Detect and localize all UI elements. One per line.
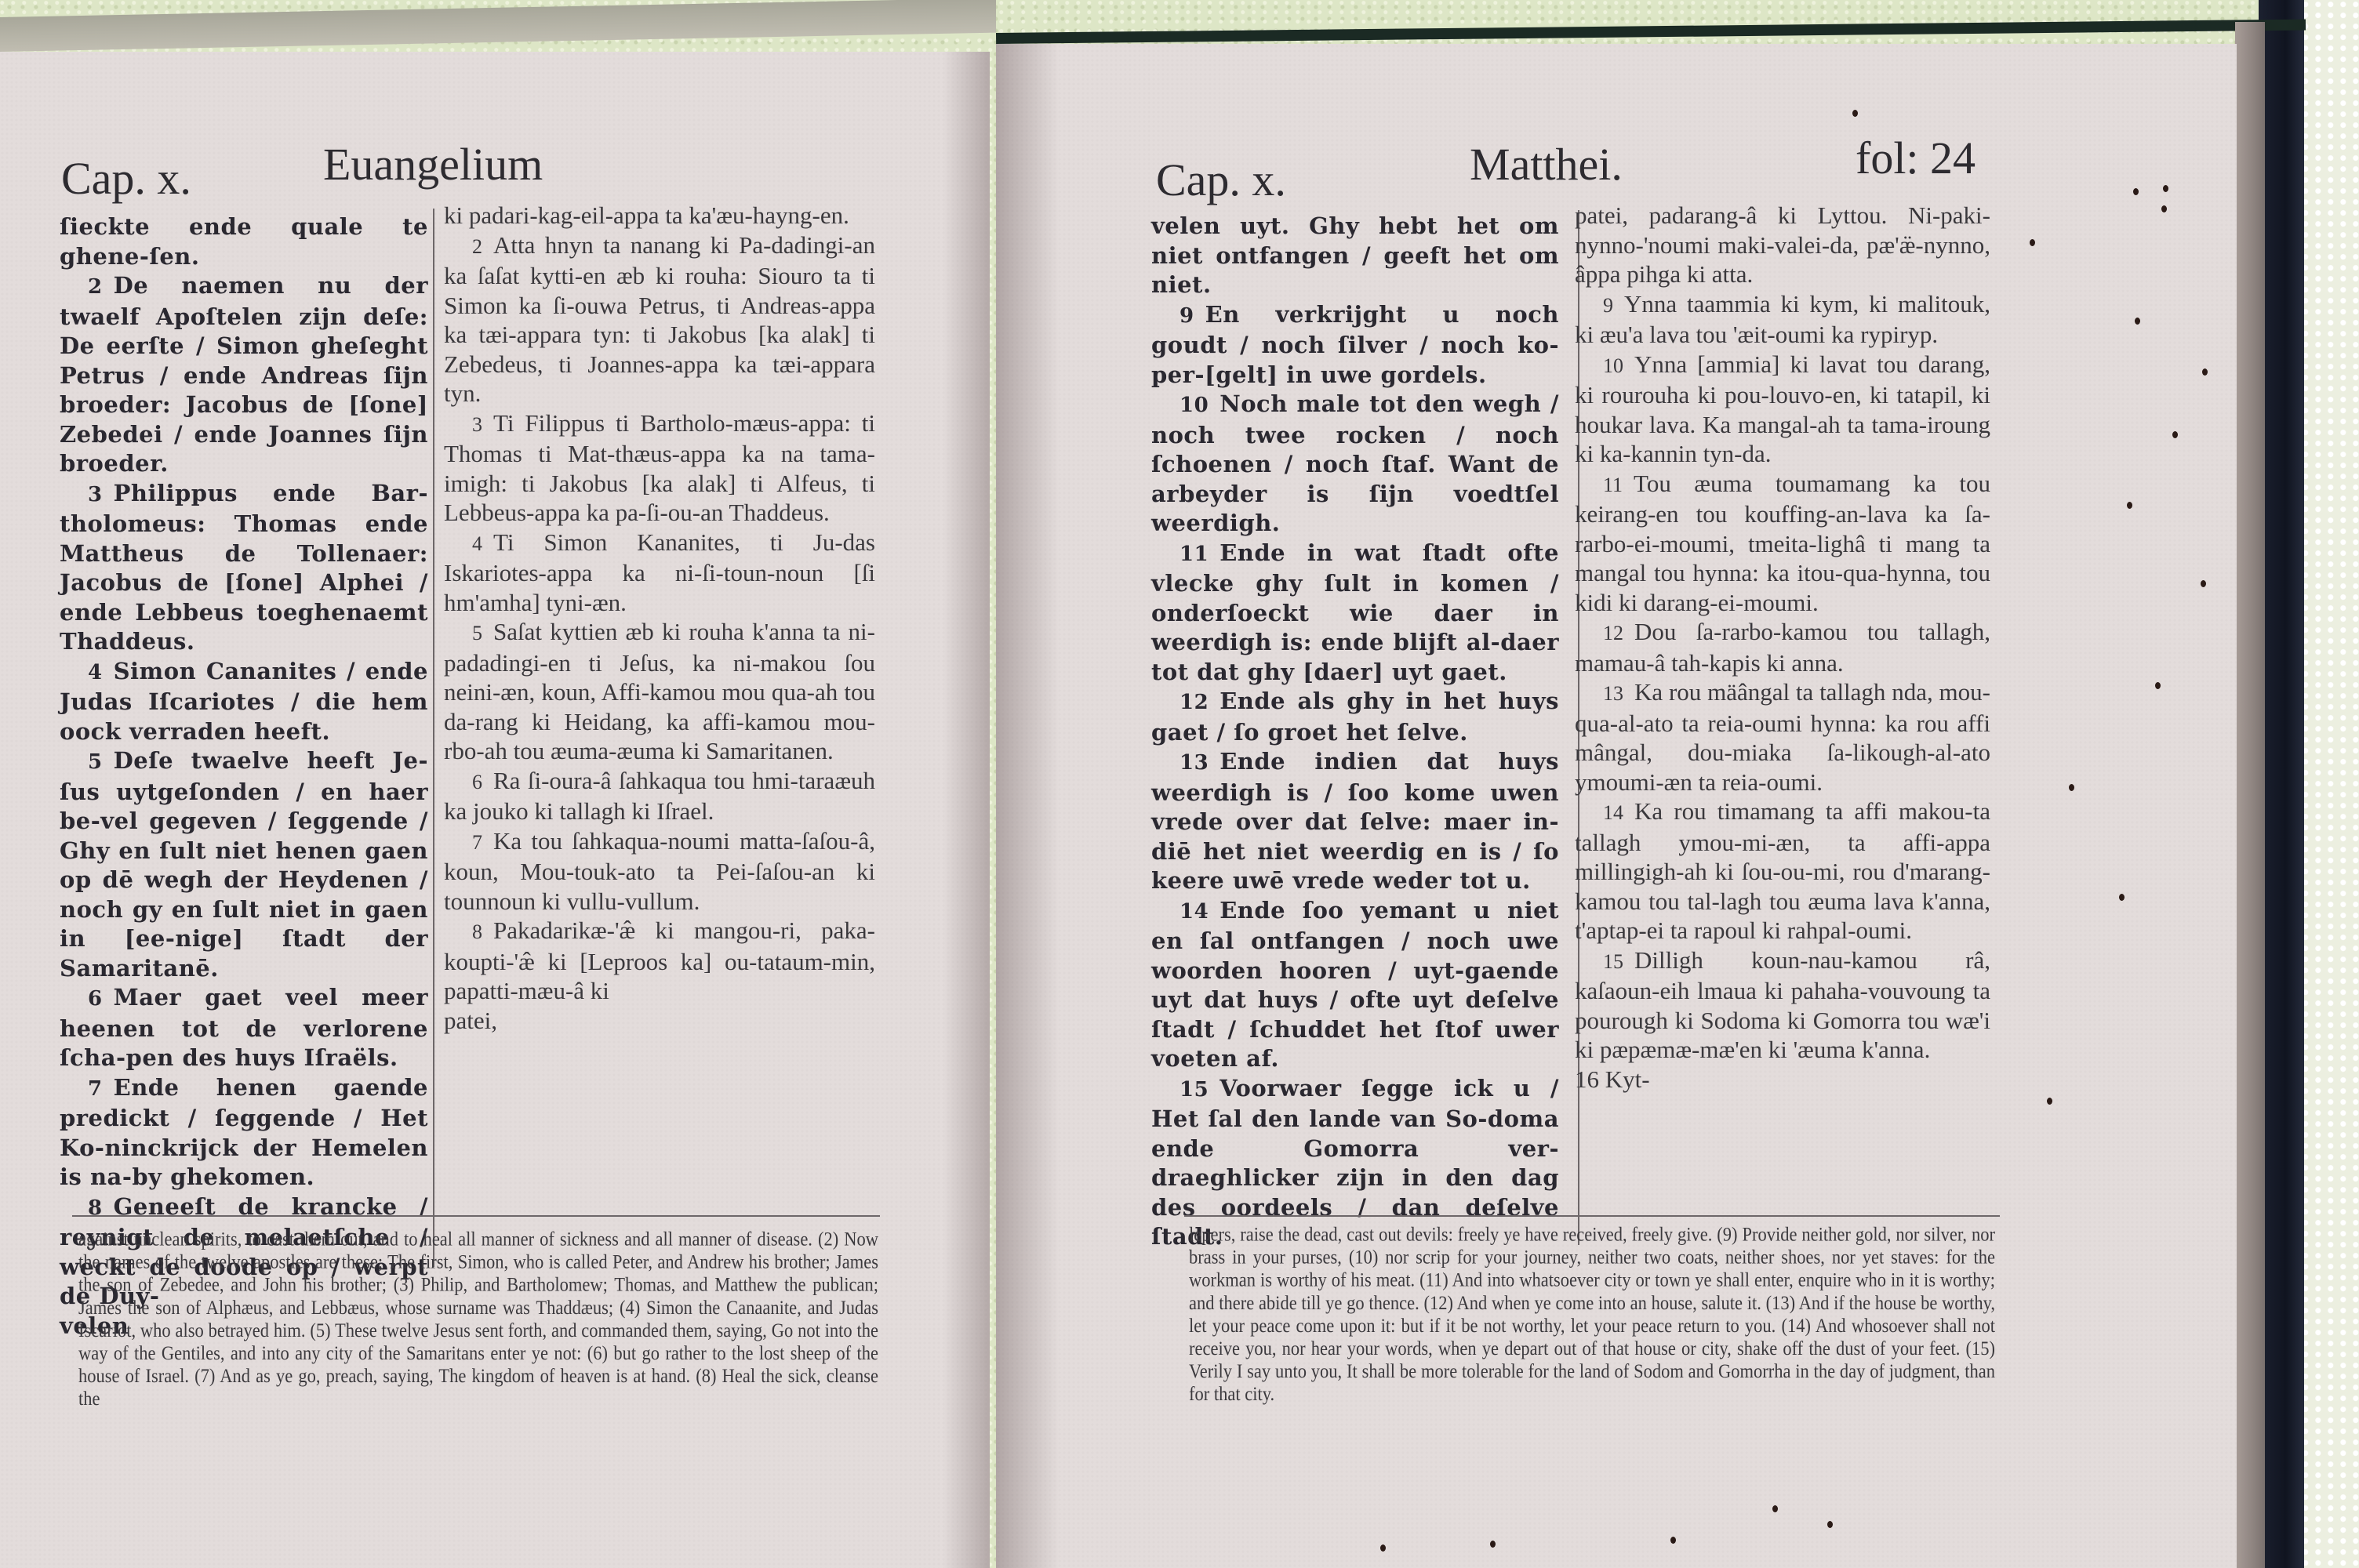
verse-paragraph: 4Ti Simon Kananites, ti Ju-das Iskariote… bbox=[444, 528, 875, 618]
verse-text: Ende ſoo yemant u niet en ſal ontfangen … bbox=[1151, 897, 1559, 1073]
verse-paragraph: 6Ra ſi-oura-â ſahkaqua tou hmi-taraæuh k… bbox=[444, 766, 875, 826]
verse-number: 14 bbox=[1179, 900, 1209, 924]
verse-text: De naemen nu der twaelf Apoſtelen zijn d… bbox=[60, 272, 428, 477]
page-block-edge bbox=[2235, 22, 2265, 1568]
verse-number: 3 bbox=[472, 413, 482, 436]
verse-paragraph: 5Deſe twaelve heeft Je-ſus uytgeſonden /… bbox=[60, 746, 428, 983]
verse-paragraph: 5Saſat kyttien æb ki rouha k'anna ta ni-… bbox=[444, 617, 875, 766]
verse-number: 14 bbox=[1603, 801, 1623, 824]
verse-text: ſieckte ende quale te ghene-ſen. bbox=[60, 213, 428, 270]
verse-paragraph: 2Atta hnyn ta nanang ki Pa-dadingi-an ka… bbox=[444, 230, 875, 408]
footnote-rule bbox=[1184, 1215, 2000, 1217]
verse-paragraph: 4Simon Cananites / ende Judas Iſcariotes… bbox=[60, 657, 428, 747]
verse-text: Noch male tot den wegh / noch twee rocke… bbox=[1151, 390, 1559, 536]
gutter-shadow bbox=[943, 52, 990, 1568]
verse-number: 13 bbox=[1179, 751, 1209, 775]
verse-paragraph: 3Ti Filippus ti Bartholo-mæus-appa: ti T… bbox=[444, 408, 875, 528]
left-formosan-column: ki padari-kag-eil-appa ta ka'æu-hayng-en… bbox=[444, 201, 875, 1035]
right-dutch-column: velen uyt. Ghy hebt het om niet ontfange… bbox=[1151, 212, 1559, 1252]
verse-text: ki padari-kag-eil-appa ta ka'æu-hayng-en… bbox=[444, 201, 849, 229]
left-running-title: Euangelium bbox=[323, 138, 543, 191]
verse-number: 11 bbox=[1179, 543, 1209, 566]
right-running-title: Matthei. bbox=[1470, 138, 1623, 191]
verse-number: 9 bbox=[1603, 294, 1613, 317]
verse-number: 5 bbox=[472, 622, 482, 644]
verse-number: 3 bbox=[88, 483, 103, 506]
verse-text: Philippus ende Bar-tholomeus: Thomas end… bbox=[60, 480, 428, 655]
verse-number: 11 bbox=[1603, 474, 1623, 496]
right-chapter-heading: Cap. x. bbox=[1156, 154, 1286, 206]
verse-number: 2 bbox=[472, 235, 482, 258]
verse-number: 6 bbox=[472, 771, 482, 793]
verse-number: 12 bbox=[1179, 691, 1209, 714]
verse-paragraph: 14Ka rou timamang ta affi makou-ta talla… bbox=[1575, 797, 1990, 946]
verse-paragraph: 9Ynna taammia ki kym, ki malitouk, ki æu… bbox=[1575, 289, 1990, 350]
verse-text: Dou ſa-rarbo-kamou tou tallagh, mamau-â … bbox=[1575, 618, 1990, 677]
verse-text: Simon Cananites / ende Judas Iſcariotes … bbox=[60, 658, 428, 745]
verse-text: Ende als ghy in het huys gaet / ſo groet… bbox=[1151, 688, 1559, 746]
book-cover bbox=[2259, 0, 2304, 1568]
verse-paragraph: 12Dou ſa-rarbo-kamou tou tallagh, mamau-… bbox=[1575, 617, 1990, 677]
verse-number: 6 bbox=[88, 987, 103, 1011]
left-english-footnote: against unclean spirits, to cast them ou… bbox=[78, 1228, 878, 1410]
verse-text: Deſe twaelve heeft Je-ſus uytgeſonden / … bbox=[60, 747, 428, 982]
verse-text: Atta hnyn ta nanang ki Pa-dadingi-an ka … bbox=[444, 231, 875, 408]
verse-paragraph: patei, padarang-â ki Lyttou. Ni-paki-nyn… bbox=[1575, 201, 1990, 289]
verse-text: Ynna taammia ki kym, ki malitouk, ki æu'… bbox=[1575, 290, 1990, 349]
right-formosan-column: patei, padarang-â ki Lyttou. Ni-paki-nyn… bbox=[1575, 201, 1990, 1094]
verse-text: Ende henen gaende predickt / ſeggende / … bbox=[60, 1074, 428, 1191]
verse-paragraph: patei, bbox=[444, 1006, 875, 1036]
footnote-rule bbox=[72, 1215, 880, 1217]
verse-paragraph: 9En verkrijght u noch goudt / noch ſilve… bbox=[1151, 300, 1559, 390]
verse-text: Dilligh koun-nau-kamou râ, kaſaoun-eih l… bbox=[1575, 946, 1990, 1064]
verse-text: Maer gaet veel meer heenen tot de verlor… bbox=[60, 984, 428, 1071]
verse-number: 4 bbox=[88, 661, 103, 684]
left-dutch-column: ſieckte ende quale te ghene-ſen.2De naem… bbox=[60, 212, 428, 1341]
folio-number: fol: 24 bbox=[1856, 132, 1976, 184]
verse-paragraph: ſieckte ende quale te ghene-ſen. bbox=[60, 212, 428, 271]
verse-text: velen uyt. Ghy hebt het om niet ontfange… bbox=[1151, 212, 1559, 298]
verse-paragraph: 16 Kyt- bbox=[1575, 1065, 1990, 1094]
verse-text: Ynna [ammia] ki lavat tou darang, ki rou… bbox=[1575, 350, 1990, 468]
verse-number: 7 bbox=[472, 831, 482, 854]
right-page: Cap. x. Matthei. fol: 24 velen uyt. Ghy … bbox=[996, 44, 2237, 1568]
verse-text: En verkrijght u noch goudt / noch ſilver… bbox=[1151, 301, 1559, 388]
verse-number: 8 bbox=[472, 920, 482, 943]
verse-text: Tou æuma toumamang ka tou keirang-en tou… bbox=[1575, 470, 1990, 616]
verse-paragraph: 6Maer gaet veel meer heenen tot de verlo… bbox=[60, 983, 428, 1073]
verse-number: 4 bbox=[472, 532, 482, 555]
verse-paragraph: 7Ende henen gaende predickt / ſeggende /… bbox=[60, 1073, 428, 1192]
verse-paragraph: 13Ende indien dat huys weerdigh is / ſoo… bbox=[1151, 747, 1559, 896]
verse-paragraph: 8Pakadarikæ-'æ̂ ki mangou-ri, paka-koupt… bbox=[444, 916, 875, 1006]
verse-paragraph: 10Ynna [ammia] ki lavat tou darang, ki r… bbox=[1575, 350, 1990, 469]
left-page: Cap. x. Euangelium ſieckte ende quale te… bbox=[0, 52, 990, 1568]
verse-paragraph: 11Tou æuma toumamang ka tou keirang-en t… bbox=[1575, 469, 1990, 618]
verse-text: Ka rou timamang ta affi makou-ta tallagh… bbox=[1575, 797, 1990, 944]
verse-text: Ti Simon Kananites, ti Ju-das Iskariotes… bbox=[444, 528, 875, 616]
towel-background-right bbox=[2302, 0, 2359, 1568]
verse-paragraph: 11Ende in wat ſtadt ofte vlecke ghy ſult… bbox=[1151, 539, 1559, 688]
verse-paragraph: 10Noch male tot den wegh / noch twee roc… bbox=[1151, 390, 1559, 539]
verse-paragraph: 14Ende ſoo yemant u niet en ſal ontfange… bbox=[1151, 896, 1559, 1074]
verse-number: 2 bbox=[88, 275, 103, 299]
gutter-shadow bbox=[996, 44, 1059, 1568]
verse-text: Ende indien dat huys weerdigh is / ſoo k… bbox=[1151, 748, 1559, 894]
column-divider bbox=[433, 209, 434, 1267]
verse-text: Ka tou ſahkaqua-noumi matta-ſaſou-â, kou… bbox=[444, 827, 875, 915]
verse-text: Ende in wat ſtadt ofte vlecke ghy ſult i… bbox=[1151, 539, 1559, 685]
verse-text: patei, bbox=[444, 1007, 497, 1034]
verse-paragraph: 3Philippus ende Bar-tholomeus: Thomas en… bbox=[60, 479, 428, 657]
verse-number: 10 bbox=[1179, 394, 1209, 417]
verse-number: 15 bbox=[1179, 1078, 1209, 1102]
verse-paragraph: 7Ka tou ſahkaqua-noumi matta-ſaſou-â, ko… bbox=[444, 826, 875, 916]
verse-number: 5 bbox=[88, 750, 103, 774]
verse-text: 16 Kyt- bbox=[1575, 1065, 1650, 1093]
verse-number: 12 bbox=[1603, 622, 1623, 644]
verse-paragraph: 2De naemen nu der twaelf Apoſtelen zijn … bbox=[60, 271, 428, 479]
verse-number: 7 bbox=[88, 1077, 103, 1101]
verse-text: Ka rou mäângal ta tallagh nda, mou-qua-a… bbox=[1575, 678, 1990, 796]
verse-text: patei, padarang-â ki Lyttou. Ni-paki-nyn… bbox=[1575, 201, 1990, 288]
verse-text: Saſat kyttien æb ki rouha k'anna ta ni-p… bbox=[444, 618, 875, 764]
verse-paragraph: velen uyt. Ghy hebt het om niet ontfange… bbox=[1151, 212, 1559, 300]
verse-text: Pakadarikæ-'æ̂ ki mangou-ri, paka-koupti… bbox=[444, 916, 875, 1004]
left-chapter-heading: Cap. x. bbox=[61, 152, 191, 205]
verse-number: 10 bbox=[1603, 354, 1623, 377]
verse-paragraph: 12Ende als ghy in het huys gaet / ſo gro… bbox=[1151, 687, 1559, 747]
verse-text: Ti Filippus ti Bartholo-mæus-appa: ti Th… bbox=[444, 409, 875, 527]
verse-number: 9 bbox=[1179, 304, 1194, 328]
verse-number: 13 bbox=[1603, 682, 1623, 705]
verse-paragraph: 15Dilligh koun-nau-kamou râ, kaſaoun-eih… bbox=[1575, 946, 1990, 1065]
right-english-footnote: lepers, raise the dead, cast out devils:… bbox=[1189, 1223, 1995, 1406]
verse-paragraph: ki padari-kag-eil-appa ta ka'æu-hayng-en… bbox=[444, 201, 875, 230]
verse-paragraph: 13Ka rou mäângal ta tallagh nda, mou-qua… bbox=[1575, 677, 1990, 797]
verse-number: 15 bbox=[1603, 950, 1623, 973]
verse-text: Ra ſi-oura-â ſahkaqua tou hmi-taraæuh ka… bbox=[444, 767, 875, 826]
